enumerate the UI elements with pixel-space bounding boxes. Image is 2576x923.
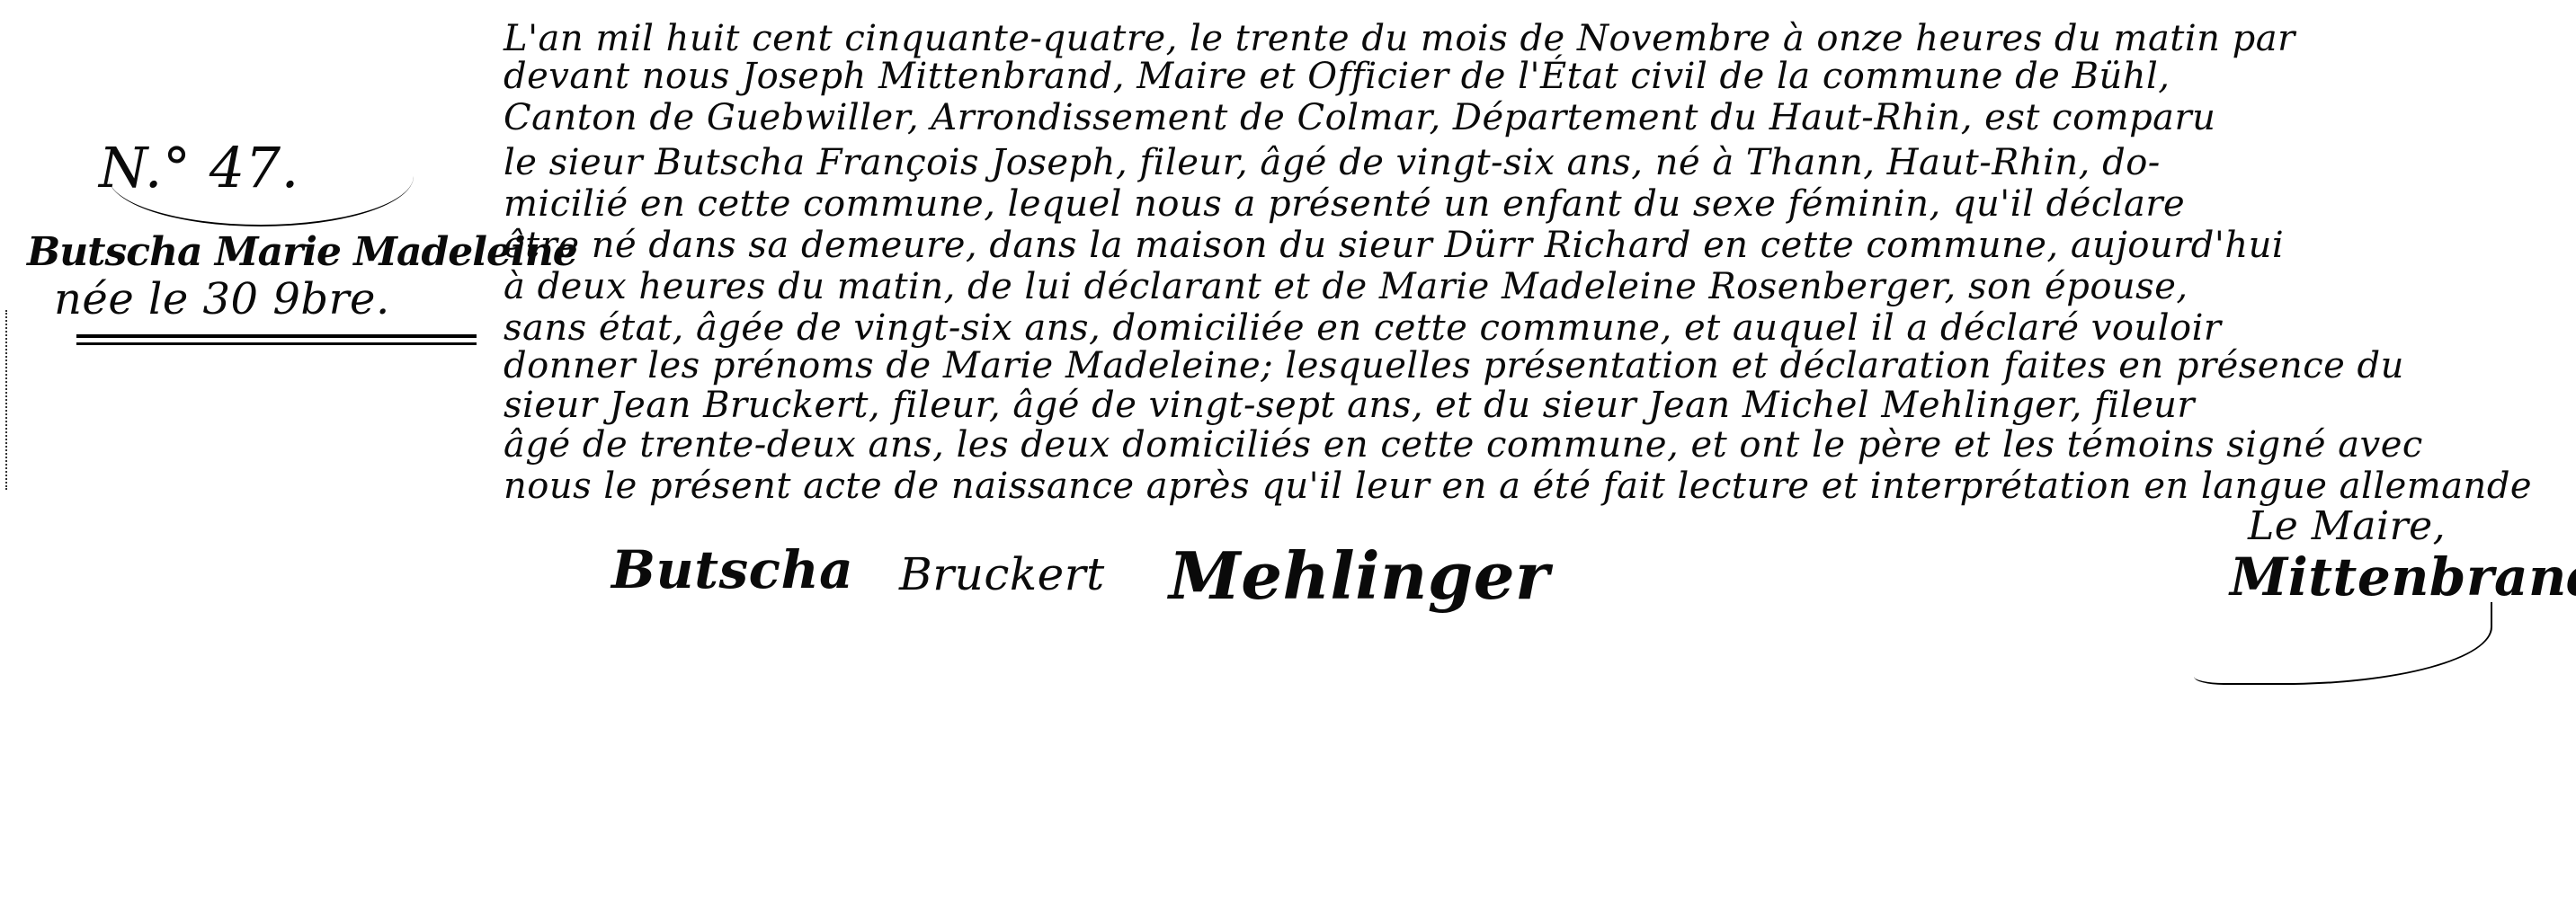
margin-child-name: Butscha Marie Madeleine	[27, 229, 577, 275]
register-page: N.° 47. Butscha Marie Madeleine née le 3…	[0, 0, 2576, 923]
body-line-10: sieur Jean Bruckert, fileur, âgé de ving…	[504, 385, 2195, 426]
body-line-5: micilié en cette commune, lequel nous a …	[504, 183, 2185, 225]
margin-birth-date: née le 30 9bre.	[54, 274, 390, 324]
page-edge-marks	[5, 310, 9, 490]
body-line-1: L'an mil huit cent cinquante-quatre, le …	[504, 18, 2295, 59]
body-line-11: âgé de trente-deux ans, les deux domicil…	[504, 424, 2423, 466]
body-line-6: être né dans sa demeure, dans la maison …	[504, 225, 2284, 266]
body-line-7: à deux heures du matin, de lui déclarant…	[504, 266, 2188, 307]
body-line-4: le sieur Butscha François Joseph, fileur…	[504, 142, 2161, 183]
margin-double-rule-2	[76, 342, 477, 345]
body-line-2: devant nous Joseph Mittenbrand, Maire et…	[504, 56, 2170, 97]
body-line-12: nous le présent acte de naissance après …	[504, 466, 2532, 507]
signature-witness-bruckert: Bruckert	[899, 548, 1105, 600]
mayor-signature-flourish	[2194, 602, 2492, 685]
body-line-8: sans état, âgée de vingt-six ans, domici…	[504, 307, 2222, 349]
mayor-label: Le Maire,	[2248, 503, 2446, 549]
signature-mayor: Mittenbrand	[2230, 546, 2576, 608]
margin-double-rule	[76, 334, 477, 338]
number-flourish	[108, 126, 414, 226]
signature-witness-mehlinger: Mehlinger	[1169, 537, 1550, 614]
signature-father: Butscha	[611, 539, 853, 600]
body-line-9: donner les prénoms de Marie Madeleine; l…	[504, 345, 2404, 386]
body-line-3: Canton de Guebwiller, Arrondissement de …	[504, 97, 2215, 138]
